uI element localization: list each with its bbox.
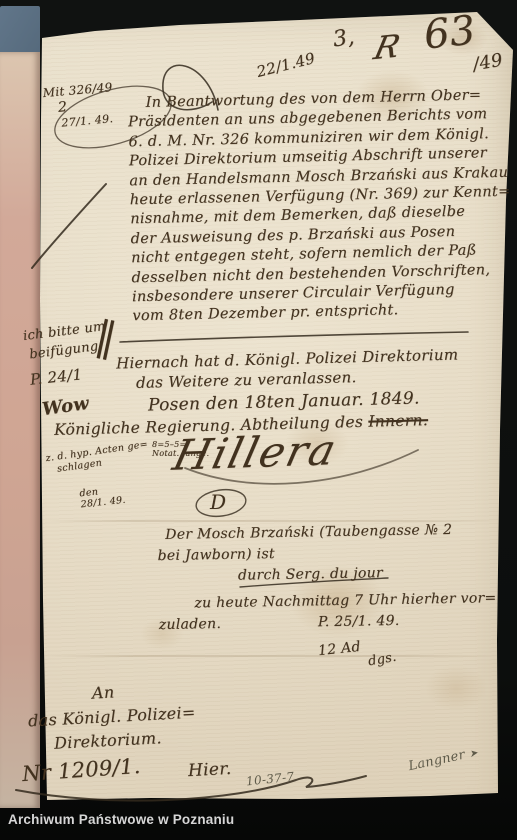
foxing-stain xyxy=(425,665,487,711)
order-ref: P. 25/1. 49. xyxy=(318,613,400,630)
margin-note-top: Mit 326/49 2 27/1. 49. xyxy=(42,79,116,133)
arrow-icon: ➤ xyxy=(468,748,479,761)
signature-side-note: 8=5–5= Notat. fange. xyxy=(152,440,209,458)
address-an: An xyxy=(92,682,115,702)
summons-order: Der Mosch Brzański (Taubengasse № 2 bei … xyxy=(157,519,511,636)
registratur-date: den 28/1. 49. xyxy=(79,484,126,511)
clerk-initial: D xyxy=(210,490,226,514)
letter-body: In Beantwortung des von dem Herrn Ober= … xyxy=(127,86,512,327)
folio-number: 63 xyxy=(422,7,478,58)
closing-struck-word: Innern. xyxy=(368,411,428,431)
address-place: Hier. xyxy=(188,759,232,781)
side-note-line: Notat. fange. xyxy=(152,449,209,458)
order-word: zuladen. xyxy=(159,616,222,633)
archive-watermark: Archiwum Państwowe w Poznaniu xyxy=(8,812,234,827)
side-note-line: 8=5–5= xyxy=(152,440,209,449)
scanned-document-page: 3, R 63 /49 22/1.49 Mit 326/49 2 27/1. 4… xyxy=(0,0,517,840)
folio-prefix: 3, xyxy=(331,25,356,53)
underlying-page-edge xyxy=(0,52,40,808)
fold-crease xyxy=(44,655,500,657)
order-line-underlined: durch Serg. du jour xyxy=(238,561,510,587)
